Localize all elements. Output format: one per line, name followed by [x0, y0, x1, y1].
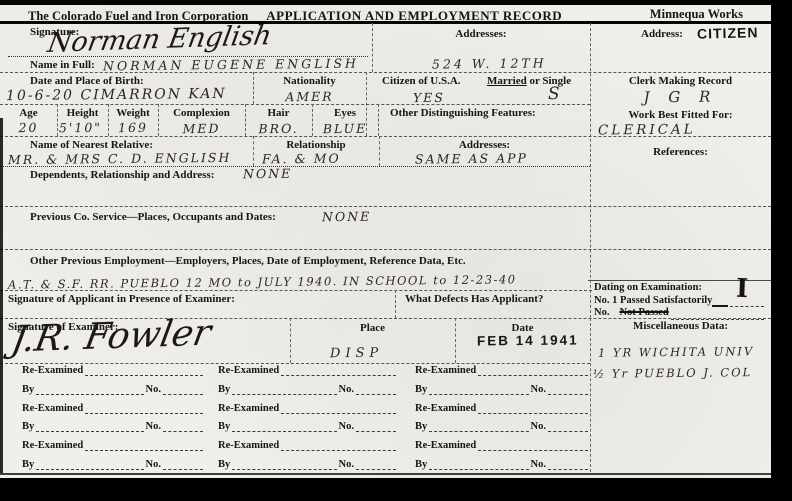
leader	[281, 441, 396, 451]
street-address-value: 524 W. 12TH	[432, 55, 547, 71]
scan-top-bar	[0, 0, 771, 5]
dependents-label: Dependents, Relationship and Address:	[30, 169, 214, 181]
birth-label: Date and Place of Birth:	[30, 75, 144, 87]
by-label: By	[415, 459, 427, 470]
no-label: No.	[339, 459, 354, 470]
leader	[478, 366, 588, 376]
service-value: NONE	[322, 209, 371, 225]
by-label: By	[22, 384, 34, 395]
leader	[356, 460, 396, 470]
leader	[232, 422, 336, 432]
row-line-6	[0, 249, 771, 250]
passed-rule	[712, 296, 728, 307]
misc-line1: 1 YR WICHITA UNIV	[598, 344, 754, 360]
leader	[163, 422, 203, 432]
hair-value: BRO.	[245, 121, 312, 137]
reexam-by-row: ByNo.	[22, 459, 205, 470]
re-examined-label: Re-Examined	[22, 403, 83, 414]
leader	[429, 422, 528, 432]
reexam-row: Re-Examined	[218, 440, 398, 451]
applicant-signature: Norman English	[45, 20, 274, 59]
relationship-value: FA. & MO	[262, 151, 341, 167]
re-examined-label: Re-Examined	[218, 440, 279, 451]
name-in-full-label: Name in Full:	[30, 59, 95, 71]
divider-hair-eyes	[312, 104, 313, 136]
age-label: Age	[0, 107, 57, 119]
birth-value: 10-6-20 CIMARRON KAN	[6, 86, 227, 104]
leader	[36, 460, 143, 470]
divider-height-weight	[108, 104, 109, 136]
leader	[232, 460, 336, 470]
re-examined-label: Re-Examined	[218, 403, 279, 414]
divider-misc-column	[590, 318, 591, 472]
relationship-label: Relationship	[253, 139, 379, 151]
reexam-column-2: Re-Examined ByNo. Re-Examined ByNo. Re-E…	[218, 365, 398, 470]
leader	[429, 460, 528, 470]
leader	[36, 385, 143, 395]
leader	[548, 460, 588, 470]
leader	[548, 385, 588, 395]
passed-label: No. 1 Passed Satisfactorily	[594, 295, 712, 308]
reexam-row: Re-Examined	[218, 403, 398, 414]
row-line-5	[0, 206, 771, 207]
no-label: No.	[146, 459, 161, 470]
by-label: By	[415, 421, 427, 432]
reexam-row: Re-Examined	[415, 365, 590, 376]
leader	[232, 385, 336, 395]
works-name: Minnequa Works	[650, 7, 743, 22]
row-line-1	[0, 72, 771, 73]
leader	[281, 404, 396, 414]
married-value: S	[548, 84, 562, 104]
scanned-employment-record: { "header": { "company": "The Colorado F…	[0, 0, 792, 501]
name-in-full-value: NORMAN EUGENE ENGLISH	[103, 56, 359, 74]
leader	[163, 385, 203, 395]
leader	[85, 404, 203, 414]
leader	[85, 366, 203, 376]
nationality-label: Nationality	[253, 75, 366, 87]
references-label: References:	[590, 146, 771, 158]
no-label: No.	[339, 384, 354, 395]
work-fit-label: Work Best Fitted For:	[590, 109, 771, 121]
by-label: By	[218, 384, 230, 395]
row-line-3	[0, 136, 771, 137]
divider-weight-complexion	[158, 104, 159, 136]
reexam-by-row: ByNo.	[218, 459, 398, 470]
eyes-value: BLUE	[312, 121, 378, 137]
applicant-sig-label: Signature of Applicant in Presence of Ex…	[8, 293, 235, 305]
re-examined-label: Re-Examined	[22, 365, 83, 376]
row-line-4	[0, 166, 590, 167]
relative-value: MR. & MRS C. D. ENGLISH	[8, 150, 231, 167]
weight-value: 169	[108, 120, 158, 136]
weight-label: Weight	[108, 107, 158, 119]
divider-sig-defects	[395, 290, 396, 318]
complexion-label: Complexion	[158, 107, 245, 119]
employment-label: Other Previous Employment—Employers, Pla…	[30, 255, 466, 267]
re-examined-label: Re-Examined	[218, 365, 279, 376]
eyes-label: Eyes	[312, 107, 378, 119]
re-examined-label: Re-Examined	[415, 440, 476, 451]
relative-addresses-value: SAME AS APP	[415, 150, 528, 166]
addresses-label: Addresses:	[372, 28, 590, 40]
leader	[281, 366, 396, 376]
reexam-row: Re-Examined	[415, 440, 590, 451]
reexam-column-3: Re-Examined ByNo. Re-Examined ByNo. Re-E…	[415, 365, 590, 470]
features-label: Other Distinguishing Features:	[390, 107, 536, 119]
no-label: No.	[146, 421, 161, 432]
reexam-row: Re-Examined	[22, 440, 205, 451]
reexam-by-row: ByNo.	[415, 384, 590, 395]
misc-line2: ½ Yr PUEBLO J. COL	[593, 365, 752, 381]
date-stamp: FEB 14 1941	[477, 333, 579, 349]
defects-label: What Defects Has Applicant?	[405, 293, 543, 305]
divider-right-column	[590, 23, 591, 318]
reexam-by-row: ByNo.	[22, 421, 205, 432]
relative-label: Name of Nearest Relative:	[30, 139, 153, 151]
nationality-value: AMER	[253, 88, 366, 104]
leader	[163, 460, 203, 470]
reexam-row: Re-Examined	[22, 403, 205, 414]
leader	[429, 385, 528, 395]
scan-left-edge-mark	[0, 118, 3, 473]
address-label: Address:	[641, 28, 683, 40]
by-label: By	[415, 384, 427, 395]
reexam-by-row: ByNo.	[415, 459, 590, 470]
no-label: No.	[339, 421, 354, 432]
leader	[478, 441, 588, 451]
title-rule	[0, 21, 771, 24]
reexam-row: Re-Examined	[218, 365, 398, 376]
height-value: 5'10"	[53, 120, 108, 136]
row-line-9	[0, 363, 590, 364]
service-label: Previous Co. Service—Places, Occupants a…	[30, 211, 276, 223]
leader	[478, 404, 588, 414]
no-label: No.	[531, 421, 546, 432]
no-label: No.	[531, 459, 546, 470]
by-label: By	[218, 421, 230, 432]
reexam-by-row: ByNo.	[218, 384, 398, 395]
reexam-by-row: ByNo.	[218, 421, 398, 432]
clerk-value: J G R	[590, 87, 771, 107]
relative-addresses-label: Addresses:	[379, 139, 590, 151]
divider-complexion-hair	[245, 104, 246, 136]
employment-value: A.T. & S.F. RR. PUEBLO 12 MO to JULY 194…	[8, 272, 517, 291]
examiner-signature: J.R. Fowler	[8, 312, 214, 360]
reexam-by-row: ByNo.	[22, 384, 205, 395]
re-examined-label: Re-Examined	[22, 440, 83, 451]
complexion-value: MED	[158, 121, 245, 137]
misc-label: Miscellaneous Data:	[590, 320, 771, 332]
reexam-column-1: Re-Examined ByNo. Re-Examined ByNo. Re-E…	[22, 365, 205, 470]
reexam-row: Re-Examined	[415, 403, 590, 414]
re-examined-label: Re-Examined	[415, 365, 476, 376]
citizen-stamp: CITIZEN	[697, 24, 759, 42]
citizen-label: Citizen of U.S.A.	[382, 75, 461, 87]
married-word: Married	[487, 75, 527, 87]
leader	[36, 422, 143, 432]
leader	[356, 422, 396, 432]
leader	[356, 385, 396, 395]
by-label: By	[218, 459, 230, 470]
leader	[85, 441, 203, 451]
leader	[548, 422, 588, 432]
place-label: Place	[290, 322, 455, 334]
no-label: No.	[146, 384, 161, 395]
employment-record-card: The Colorado Fuel and Iron Corporation A…	[0, 0, 771, 478]
card-bottom-rule	[0, 473, 771, 475]
hair-label: Hair	[245, 107, 312, 119]
age-value: 20	[0, 120, 57, 136]
reexam-by-row: ByNo.	[415, 421, 590, 432]
clerk-label: Clerk Making Record	[590, 75, 771, 87]
by-label: By	[22, 421, 34, 432]
citizen-value: YES	[413, 90, 445, 105]
height-label: Height	[57, 107, 108, 119]
dependents-value: NONE	[243, 166, 292, 182]
row-line-2	[0, 104, 590, 105]
passed-mark-handwritten: I	[735, 274, 748, 304]
no-label: No.	[531, 384, 546, 395]
reexam-row: Re-Examined	[22, 365, 205, 376]
divider-eyes-features	[378, 104, 379, 136]
by-label: By	[22, 459, 34, 470]
place-value: DISP	[330, 346, 383, 362]
re-examined-label: Re-Examined	[415, 403, 476, 414]
row-line-7	[0, 290, 592, 291]
divider-age-height	[57, 104, 58, 136]
